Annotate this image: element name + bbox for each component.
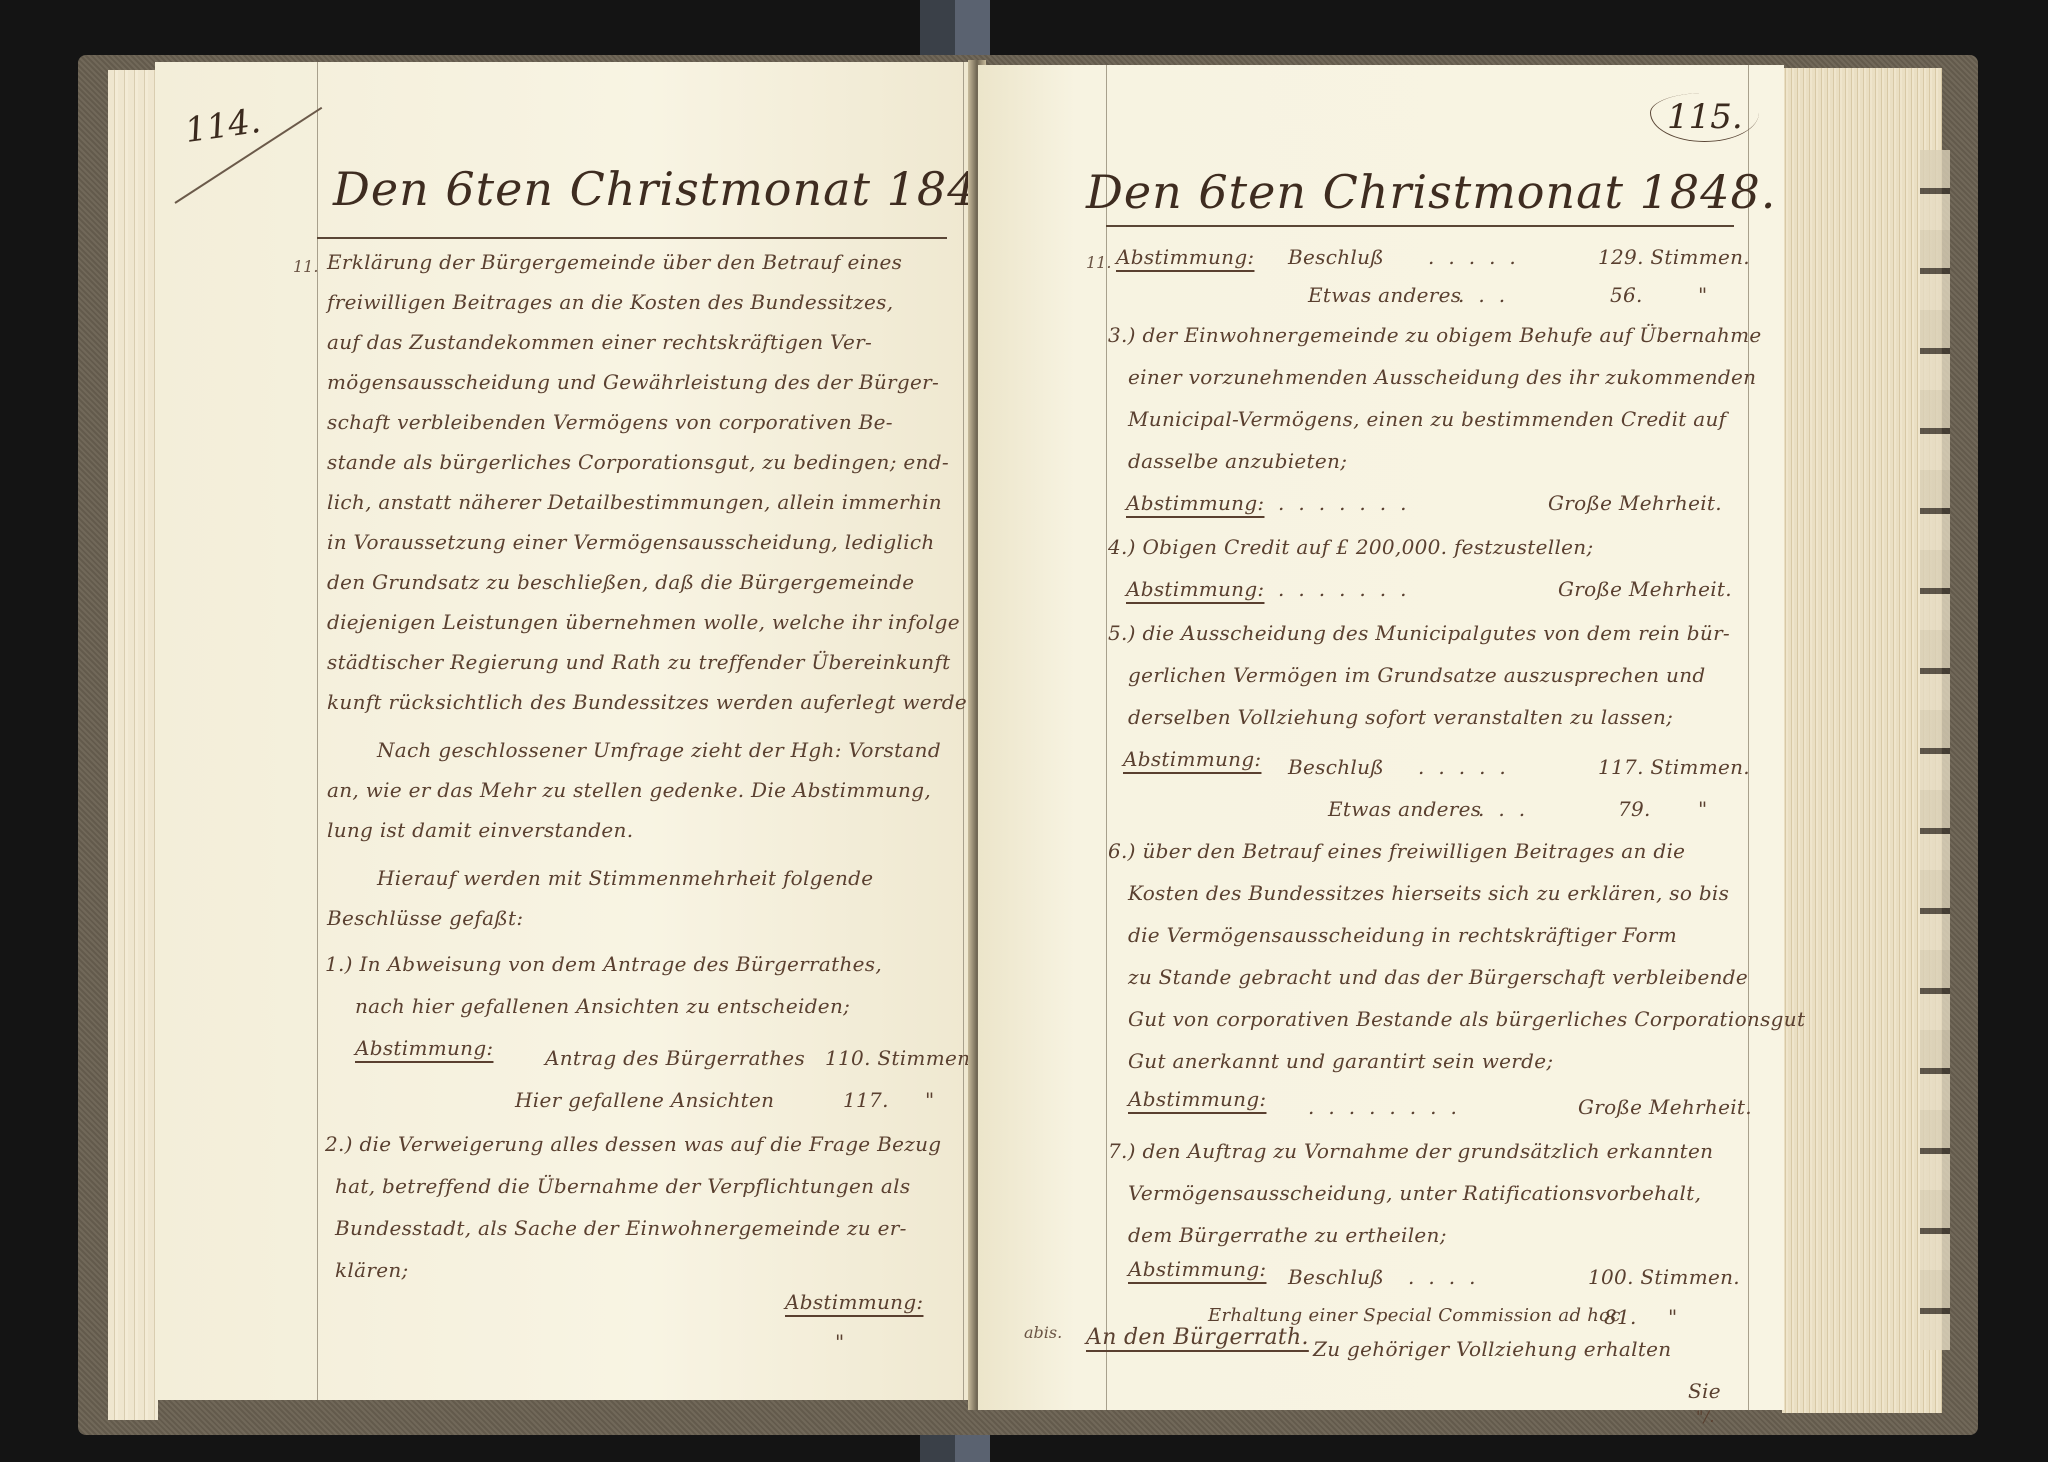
ditto-mark: "	[835, 1330, 845, 1354]
text-line: lung ist damit einverstanden.	[327, 818, 633, 842]
text-line: die Vermögensausscheidung in rechtskräft…	[1128, 923, 1677, 947]
text-line: stande als bürgerliches Corporationsgut,…	[327, 450, 949, 474]
vote-count: 79.	[1618, 797, 1651, 821]
vote-count: 117.	[843, 1088, 889, 1112]
vote-result: Große Mehrheit.	[1558, 577, 1732, 601]
vote-option: Etwas anderes	[1308, 283, 1461, 307]
left-page: 114. Den 6ten Christmonat 1848. 11. Erkl…	[155, 62, 975, 1400]
page-number: 115.	[1650, 93, 1759, 142]
vote-option: Etwas anderes	[1328, 797, 1481, 821]
text-line: mögensausscheidung und Gewährleistung de…	[327, 370, 939, 394]
leader-dots: .......	[1278, 491, 1421, 515]
text-line: Kosten des Bundessitzes hierseits sich z…	[1128, 881, 1729, 905]
text-line: 2.) die Verweigerung alles dessen was au…	[325, 1132, 941, 1156]
index-tabs	[1920, 150, 1950, 1350]
vote-option: Erhaltung einer Special Commission ad ho…	[1208, 1305, 1621, 1326]
heading-rule	[1106, 225, 1734, 227]
vote-option: Beschluß	[1288, 1265, 1384, 1289]
vote-result: Große Mehrheit.	[1578, 1095, 1752, 1119]
page-stack-left	[108, 70, 158, 1420]
text-line: nach hier gefallenen Ansichten zu entsch…	[355, 994, 850, 1018]
vote-label: Abstimmung:	[1126, 577, 1264, 601]
text-line: auf das Zustandekommen einer rechtskräft…	[327, 330, 872, 354]
text-line: 3.) der Einwohnergemeinde zu obigem Behu…	[1108, 323, 1761, 347]
margin-note: abis.	[1024, 1323, 1062, 1342]
leader-dots: ........	[1308, 1095, 1471, 1119]
text-line: hat, betreffend die Übernahme der Verpfl…	[335, 1174, 910, 1198]
text-line: einer vorzunehmenden Ausscheidung des ih…	[1128, 365, 1756, 389]
text-line: in Voraussetzung einer Vermögensausschei…	[327, 530, 935, 554]
vote-count: 117. Stimmen.	[1598, 755, 1750, 779]
text-line: Erklärung der Bürgergemeinde über den Be…	[327, 250, 902, 274]
vote-count: 81.	[1604, 1305, 1637, 1329]
ditto-mark: "	[925, 1088, 935, 1112]
addressee: An den Bürgerrath.	[1086, 1325, 1309, 1350]
text-line: gerlichen Vermögen im Grundsatze auszusp…	[1128, 663, 1705, 687]
text-line: 7.) den Auftrag zu Vornahme der grundsät…	[1108, 1139, 1713, 1163]
page-heading: Den 6ten Christmonat 1848.	[1086, 165, 1776, 219]
closing-line: Zu gehöriger Vollziehung erhalten	[1313, 1337, 1671, 1361]
ditto-mark: "	[1668, 1305, 1678, 1329]
text-line: lich, anstatt näherer Detailbestimmungen…	[327, 490, 942, 514]
text-line: Nach geschlossener Umfrage zieht der Hgh…	[377, 738, 941, 762]
leader-dots: ....	[1408, 1265, 1489, 1289]
right-rule	[963, 62, 964, 1400]
ditto-mark: "	[1698, 797, 1708, 821]
closing-mark: "/.	[1696, 1407, 1715, 1426]
closing-signature: Sie	[1688, 1379, 1721, 1403]
text-line: Vermögensausscheidung, unter Ratificatio…	[1128, 1181, 1701, 1205]
vote-label: Abstimmung:	[1116, 245, 1254, 269]
text-line: freiwilligen Beitrages an die Kosten des…	[327, 290, 893, 314]
text-line: diejenigen Leistungen übernehmen wolle, …	[327, 610, 960, 634]
page-stack-right	[1782, 68, 1942, 1413]
leader-dots: ...	[1478, 797, 1539, 821]
text-line: Gut anerkannt und garantirt sein werde;	[1128, 1049, 1553, 1073]
page-heading: Den 6ten Christmonat 1848.	[333, 162, 1023, 216]
vote-label: Abstimmung:	[355, 1036, 493, 1060]
text-line: derselben Vollziehung sofort veranstalte…	[1128, 705, 1673, 729]
text-line: schaft verbleibenden Vermögens von corpo…	[327, 410, 893, 434]
text-line: zu Stande gebracht und das der Bürgersch…	[1128, 965, 1748, 989]
text-line: an, wie er das Mehr zu stellen gedenke. …	[327, 778, 931, 802]
margin-mark: 11.	[1086, 253, 1111, 272]
text-line: klären;	[335, 1258, 409, 1282]
vote-option: Beschluß	[1288, 755, 1384, 779]
vote-label: Abstimmung:	[1128, 1257, 1266, 1281]
text-line: Hierauf werden mit Stimmenmehrheit folge…	[377, 866, 873, 890]
vote-label: Abstimmung:	[1126, 491, 1264, 515]
vote-result: Große Mehrheit.	[1548, 491, 1722, 515]
vote-count: 110. Stimmen.	[825, 1046, 977, 1070]
vote-option: Antrag des Bürgerrathes	[545, 1046, 805, 1070]
item-4: 4.) Obigen Credit auf £ 200,000. festzus…	[1108, 535, 1594, 559]
vote-label: Abstimmung:	[1128, 1087, 1266, 1111]
page-number: 114.	[183, 101, 264, 151]
text-line: städtischer Regierung und Rath zu treffe…	[327, 650, 951, 674]
vote-option: Beschluß	[1288, 245, 1384, 269]
text-line: 1.) In Abweisung von dem Antrage des Bür…	[325, 952, 882, 976]
text-line: Municipal-Vermögens, einen zu bestimmend…	[1128, 407, 1726, 431]
text-line: 5.) die Ausscheidung des Municipalgutes …	[1108, 621, 1730, 645]
text-line: 6.) über den Betrauf eines freiwilligen …	[1108, 839, 1685, 863]
vote-label: Abstimmung:	[1123, 747, 1261, 771]
text-line: Beschlüsse gefaßt:	[327, 906, 523, 930]
leader-dots: .......	[1278, 577, 1421, 601]
right-page: 115. Den 6ten Christmonat 1848. 11. Abst…	[978, 65, 1784, 1410]
margin-mark: 11.	[293, 257, 318, 276]
text-line: Bundesstadt, als Sache der Einwohnergeme…	[335, 1216, 907, 1240]
text-line: dem Bürgerrathe zu ertheilen;	[1128, 1223, 1447, 1247]
text-line: dasselbe anzubieten;	[1128, 449, 1347, 473]
text-line: kunft rücksichtlich des Bundessitzes wer…	[327, 690, 987, 714]
text-line: den Grundsatz zu beschließen, daß die Bü…	[327, 570, 914, 594]
leader-dots: ...	[1458, 283, 1519, 307]
vote-count: 100. Stimmen.	[1588, 1265, 1740, 1289]
leader-dots: .....	[1418, 755, 1520, 779]
leader-dots: .....	[1428, 245, 1530, 269]
text-line: Gut von corporativen Bestande als bürger…	[1128, 1007, 1805, 1031]
vote-count: 56.	[1610, 283, 1643, 307]
vote-label: Abstimmung:	[785, 1290, 923, 1314]
vote-option: Hier gefallene Ansichten	[515, 1088, 774, 1112]
vote-count: 129. Stimmen.	[1598, 245, 1750, 269]
ditto-mark: "	[1698, 283, 1708, 307]
heading-rule	[317, 237, 947, 239]
